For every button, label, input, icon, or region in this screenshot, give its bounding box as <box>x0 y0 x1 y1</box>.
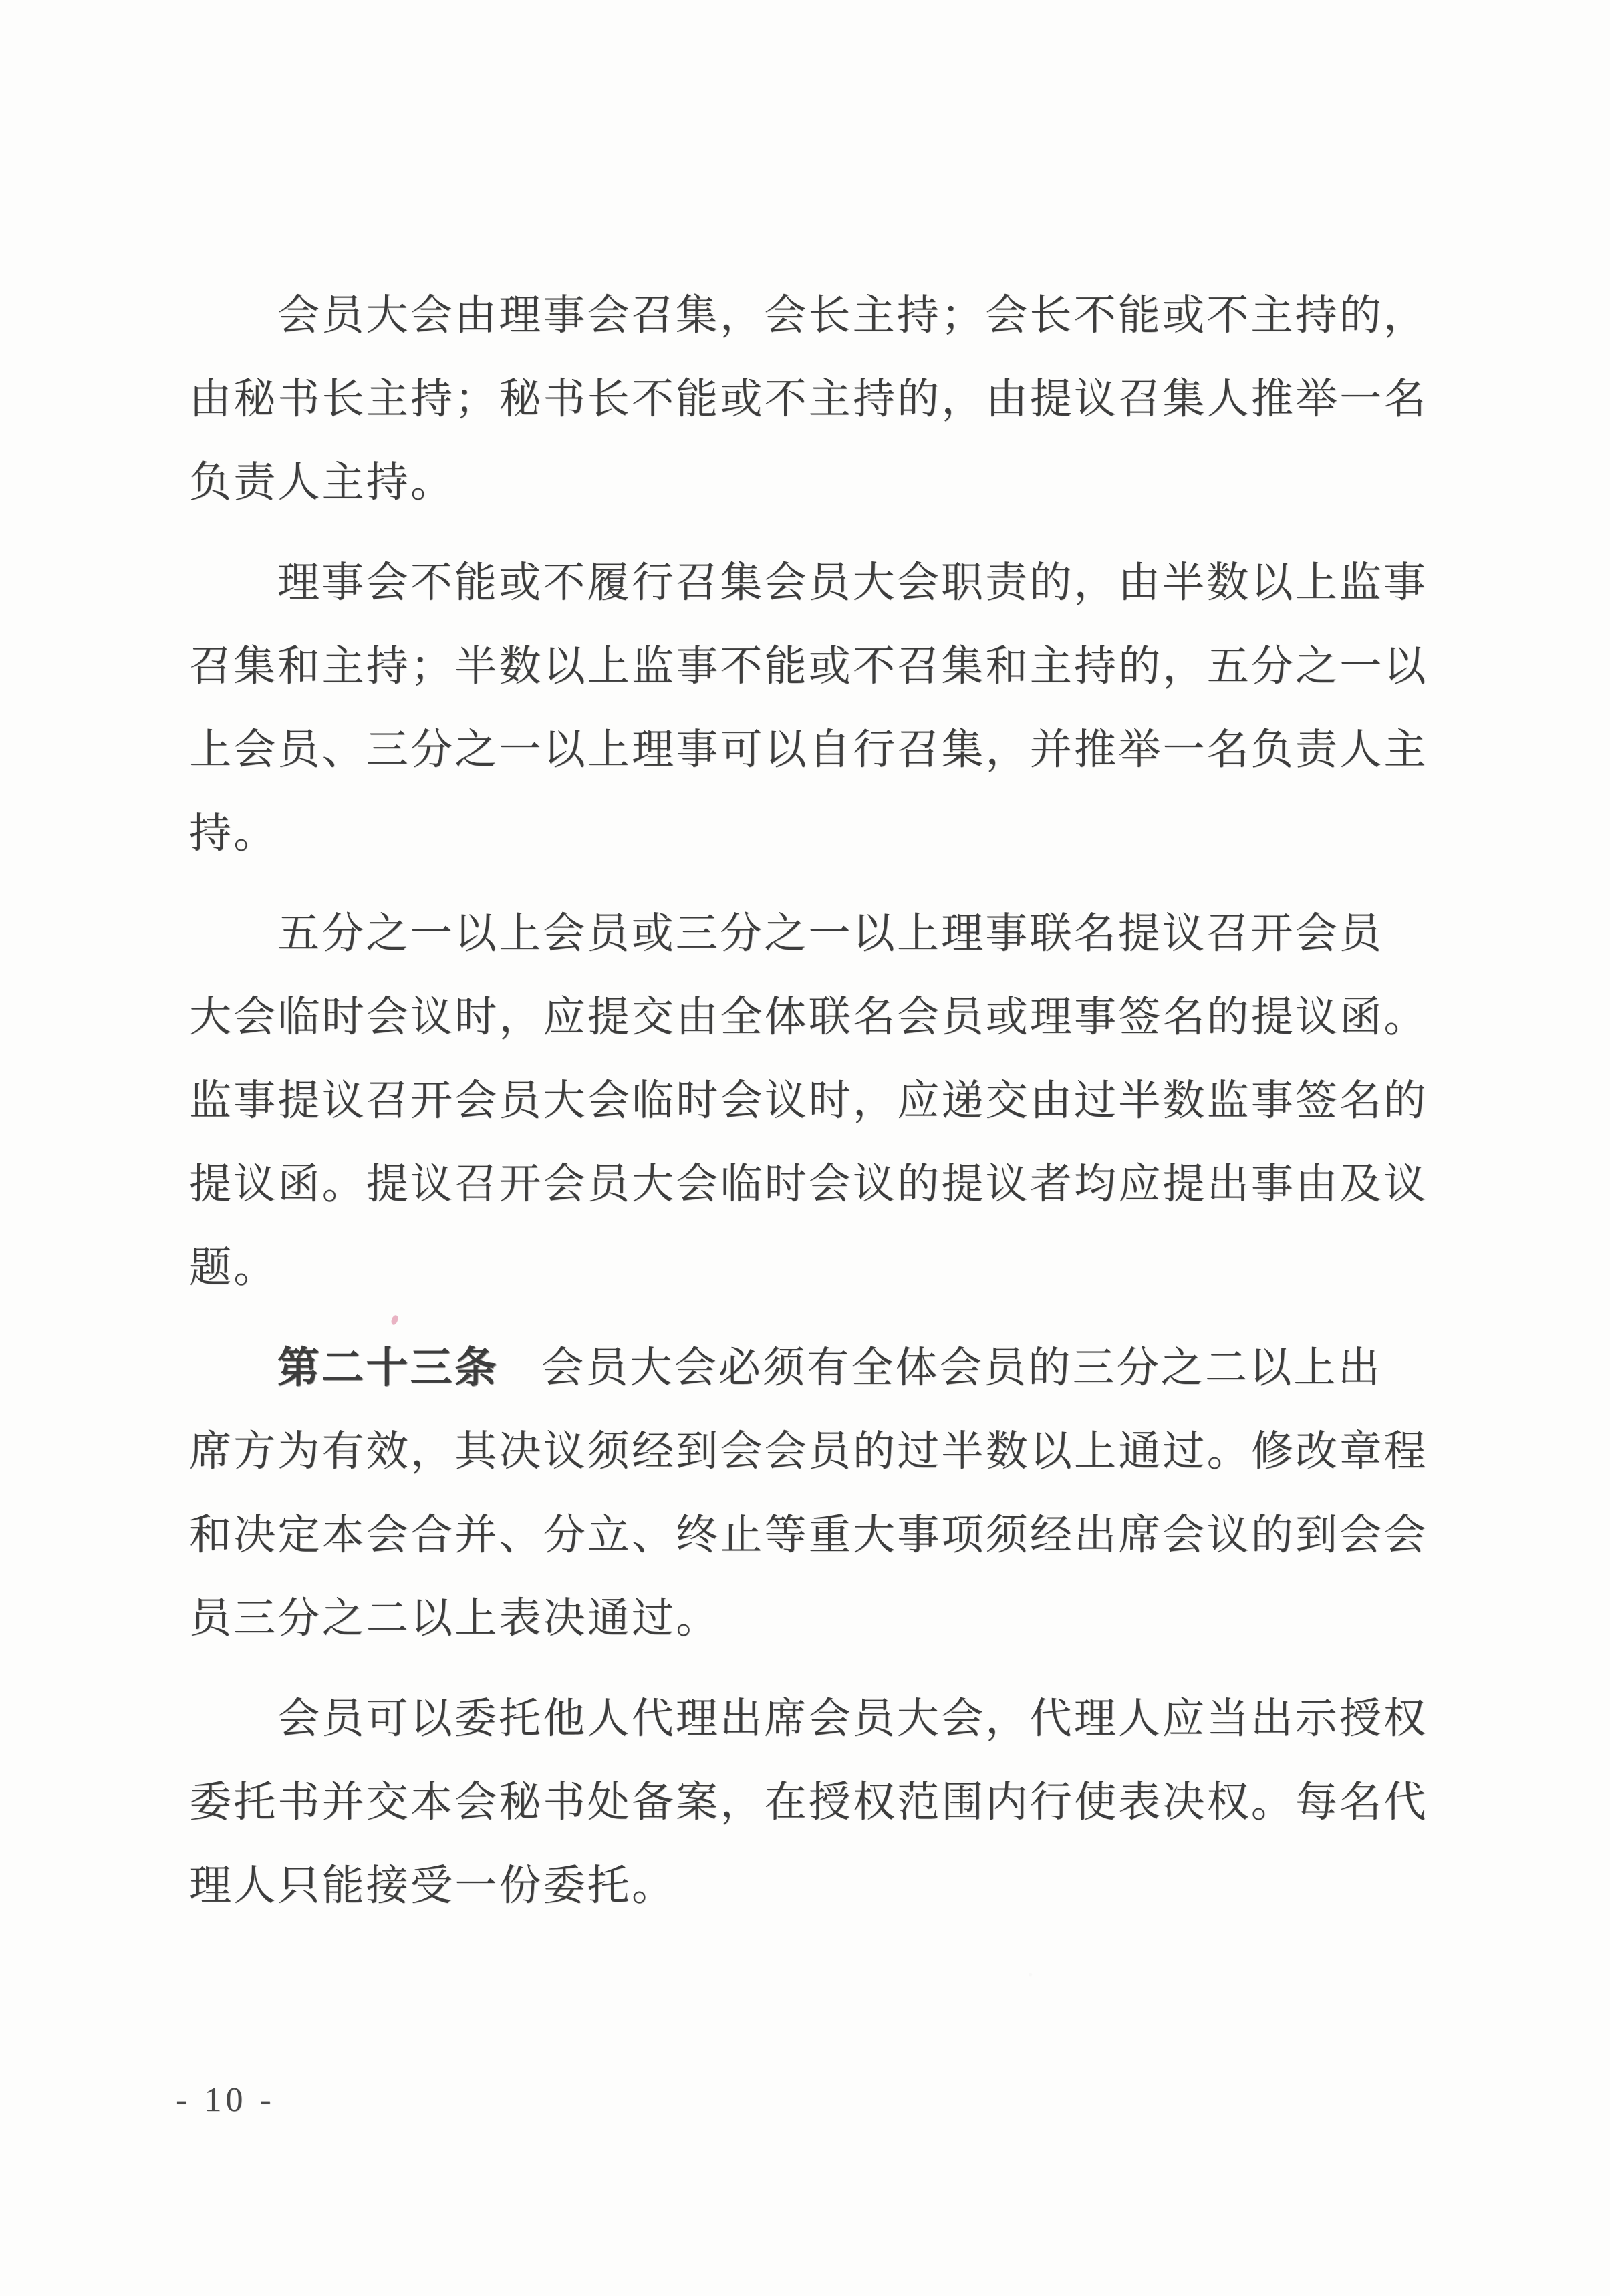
text-line: 第二十三条会员大会必须有全体会员的三分之二以上出 <box>189 1326 1432 1410</box>
page-number: - 10 - <box>176 2070 275 2130</box>
text-line: 监事提议召开会员大会临时会议时，应递交由过半数监事签名的 <box>189 1059 1432 1143</box>
text-line: 提议函。提议召开会员大会临时会议的提议者均应提出事由及议 <box>189 1143 1432 1226</box>
article-paragraph: 第二十三条会员大会必须有全体会员的三分之二以上出席方为有效，其决议须经到会会员的… <box>189 1326 1432 1661</box>
text-line: 理事会不能或不履行召集会员大会职责的，由半数以上监事 <box>189 541 1432 625</box>
text-line: 和决定本会合并、分立、终止等重大事项须经出席会议的到会会 <box>189 1493 1432 1577</box>
text-line: 上会员、三分之一以上理事可以自行召集，并推举一名负责人主 <box>189 708 1432 792</box>
text-line: 由秘书长主持；秘书长不能或不主持的，由提议召集人推举一名 <box>189 357 1432 441</box>
text-line: 席方为有效，其决议须经到会会员的过半数以上通过。修改章程 <box>189 1410 1432 1493</box>
body-paragraph: 会员可以委托他人代理出席会员大会，代理人应当出示授权委托书并交本会秘书处备案，在… <box>189 1677 1432 1928</box>
article-first-line-text: 会员大会必须有全体会员的三分之二以上出 <box>541 1344 1382 1391</box>
body-paragraph: 理事会不能或不履行召集会员大会职责的，由半数以上监事召集和主持；半数以上监事不能… <box>189 541 1432 875</box>
text-line: 五分之一以上会员或三分之一以上理事联名提议召开会员 <box>189 892 1432 976</box>
text-line: 会员大会由理事会召集，会长主持；会长不能或不主持的， <box>189 274 1432 357</box>
article-number: 第二十三条 <box>277 1344 499 1391</box>
body-paragraph: 五分之一以上会员或三分之一以上理事联名提议召开会员大会临时会议时，应提交由全体联… <box>189 892 1432 1310</box>
text-line: 持。 <box>189 792 1432 875</box>
text-line: 题。 <box>189 1226 1432 1310</box>
document-page: 会员大会由理事会召集，会长主持；会长不能或不主持的，由秘书长主持；秘书长不能或不… <box>0 0 1610 2296</box>
text-line: 员三分之二以上表决通过。 <box>189 1577 1432 1661</box>
document-text: 会员大会由理事会召集，会长主持；会长不能或不主持的，由秘书长主持；秘书长不能或不… <box>189 274 1432 1945</box>
text-line: 负责人主持。 <box>189 441 1432 525</box>
text-line: 理人只能接受一份委托。 <box>189 1844 1432 1928</box>
text-line: 大会临时会议时，应提交由全体联名会员或理事签名的提议函。 <box>189 976 1432 1059</box>
body-paragraph: 会员大会由理事会召集，会长主持；会长不能或不主持的，由秘书长主持；秘书长不能或不… <box>189 274 1432 525</box>
text-line: 召集和主持；半数以上监事不能或不召集和主持的，五分之一以 <box>189 625 1432 708</box>
text-line: 会员可以委托他人代理出席会员大会，代理人应当出示授权 <box>189 1677 1432 1761</box>
text-line: 委托书并交本会秘书处备案，在授权范围内行使表决权。每名代 <box>189 1761 1432 1844</box>
